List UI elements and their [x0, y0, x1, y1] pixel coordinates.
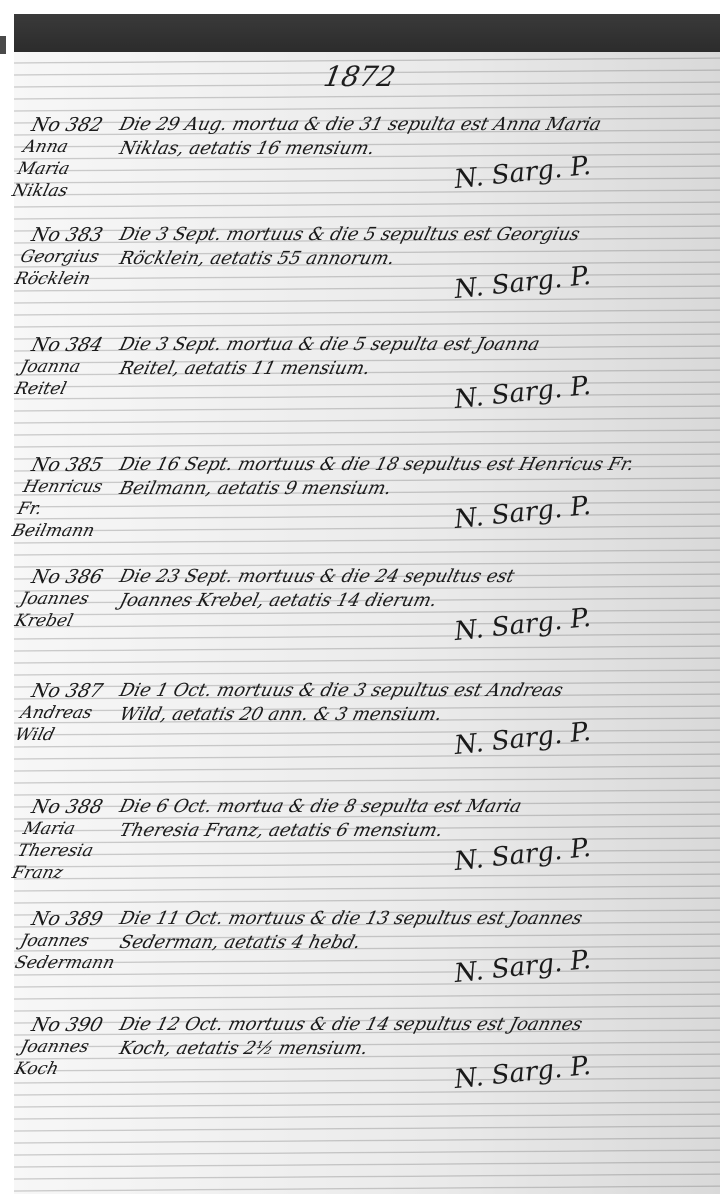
priest-signature: N. Sarg. P.: [453, 833, 592, 877]
entry-text-line-2: Niklas, aetatis 16 mensium.: [117, 138, 376, 159]
entry-number: No 383: [29, 224, 105, 246]
entry-number: No 389: [29, 908, 105, 930]
entry-text-line-2: Beilmann, aetatis 9 mensium.: [117, 478, 393, 499]
entry-text-line-2: Theresia Franz, aetatis 6 mensium.: [117, 820, 445, 841]
entry-text-line-1: Die 3 Sept. mortua & die 5 sepulta est J…: [117, 334, 542, 355]
page-year-heading: 1872: [321, 60, 398, 93]
entry-number: No 384: [29, 334, 105, 356]
entry-name-margin: Joanna Reitel: [13, 356, 124, 400]
entry-number: No 385: [29, 454, 105, 476]
entry-name-margin: Andreas Wild: [13, 702, 124, 746]
priest-signature: N. Sarg. P.: [453, 945, 592, 989]
priest-signature: N. Sarg. P.: [453, 1051, 592, 1095]
entry-number: No 387: [29, 680, 105, 702]
scan-top-shadow: [14, 14, 720, 52]
entry-name-margin: Joannes Koch: [13, 1036, 124, 1080]
entry-name-margin: Joannes Sedermann: [13, 930, 124, 974]
entry-text-line-1: Die 1 Oct. mortuus & die 3 sepultus est …: [117, 680, 565, 701]
entry-text-line-2: Röcklein, aetatis 55 annorum.: [117, 248, 396, 269]
entry-number: No 386: [29, 566, 105, 588]
entry-text-line-1: Die 29 Aug. mortua & die 31 sepulta est …: [117, 114, 603, 135]
entry-text-line-1: Die 16 Sept. mortuus & die 18 sepultus e…: [117, 454, 636, 475]
priest-signature: N. Sarg. P.: [453, 371, 592, 415]
priest-signature: N. Sarg. P.: [453, 603, 592, 647]
entry-name-margin: Anna Maria Niklas: [10, 136, 126, 202]
entry-text-line-2: Sederman, aetatis 4 hebd.: [117, 932, 362, 953]
priest-signature: N. Sarg. P.: [453, 717, 592, 761]
entry-text-line-1: Die 12 Oct. mortuus & die 14 sepultus es…: [117, 1014, 584, 1035]
entry-text-line-1: Die 6 Oct. mortua & die 8 sepulta est Ma…: [117, 796, 523, 817]
entry-text-line-2: Koch, aetatis 2½ mensium.: [117, 1038, 370, 1059]
entry-text-line-1: Die 23 Sept. mortuus & die 24 sepultus e…: [117, 566, 516, 587]
entry-text-line-2: Reitel, aetatis 11 mensium.: [117, 358, 372, 379]
entry-text-line-1: Die 3 Sept. mortuus & die 5 sepultus est…: [117, 224, 582, 245]
entry-number: No 382: [29, 114, 105, 136]
entry-name-margin: Joannes Krebel: [13, 588, 124, 632]
entry-text-line-2: Wild, aetatis 20 ann. & 3 mensium.: [117, 704, 444, 725]
priest-signature: N. Sarg. P.: [453, 261, 592, 305]
entry-name-margin: Georgius Röcklein: [13, 246, 124, 290]
entry-number: No 390: [29, 1014, 105, 1036]
scan-edge-mark: [0, 36, 6, 54]
entry-number: No 388: [29, 796, 105, 818]
entry-text-line-2: Joannes Krebel, aetatis 14 dierum.: [117, 590, 439, 611]
entry-name-margin: Maria Theresia Franz: [10, 818, 126, 884]
entry-text-line-1: Die 11 Oct. mortuus & die 13 sepultus es…: [117, 908, 584, 929]
priest-signature: N. Sarg. P.: [453, 151, 592, 195]
entry-name-margin: Henricus Fr. Beilmann: [10, 476, 126, 542]
register-page: 1872 No 382 Anna Maria Niklas Die 29 Aug…: [14, 52, 720, 1194]
priest-signature: N. Sarg. P.: [453, 491, 592, 535]
